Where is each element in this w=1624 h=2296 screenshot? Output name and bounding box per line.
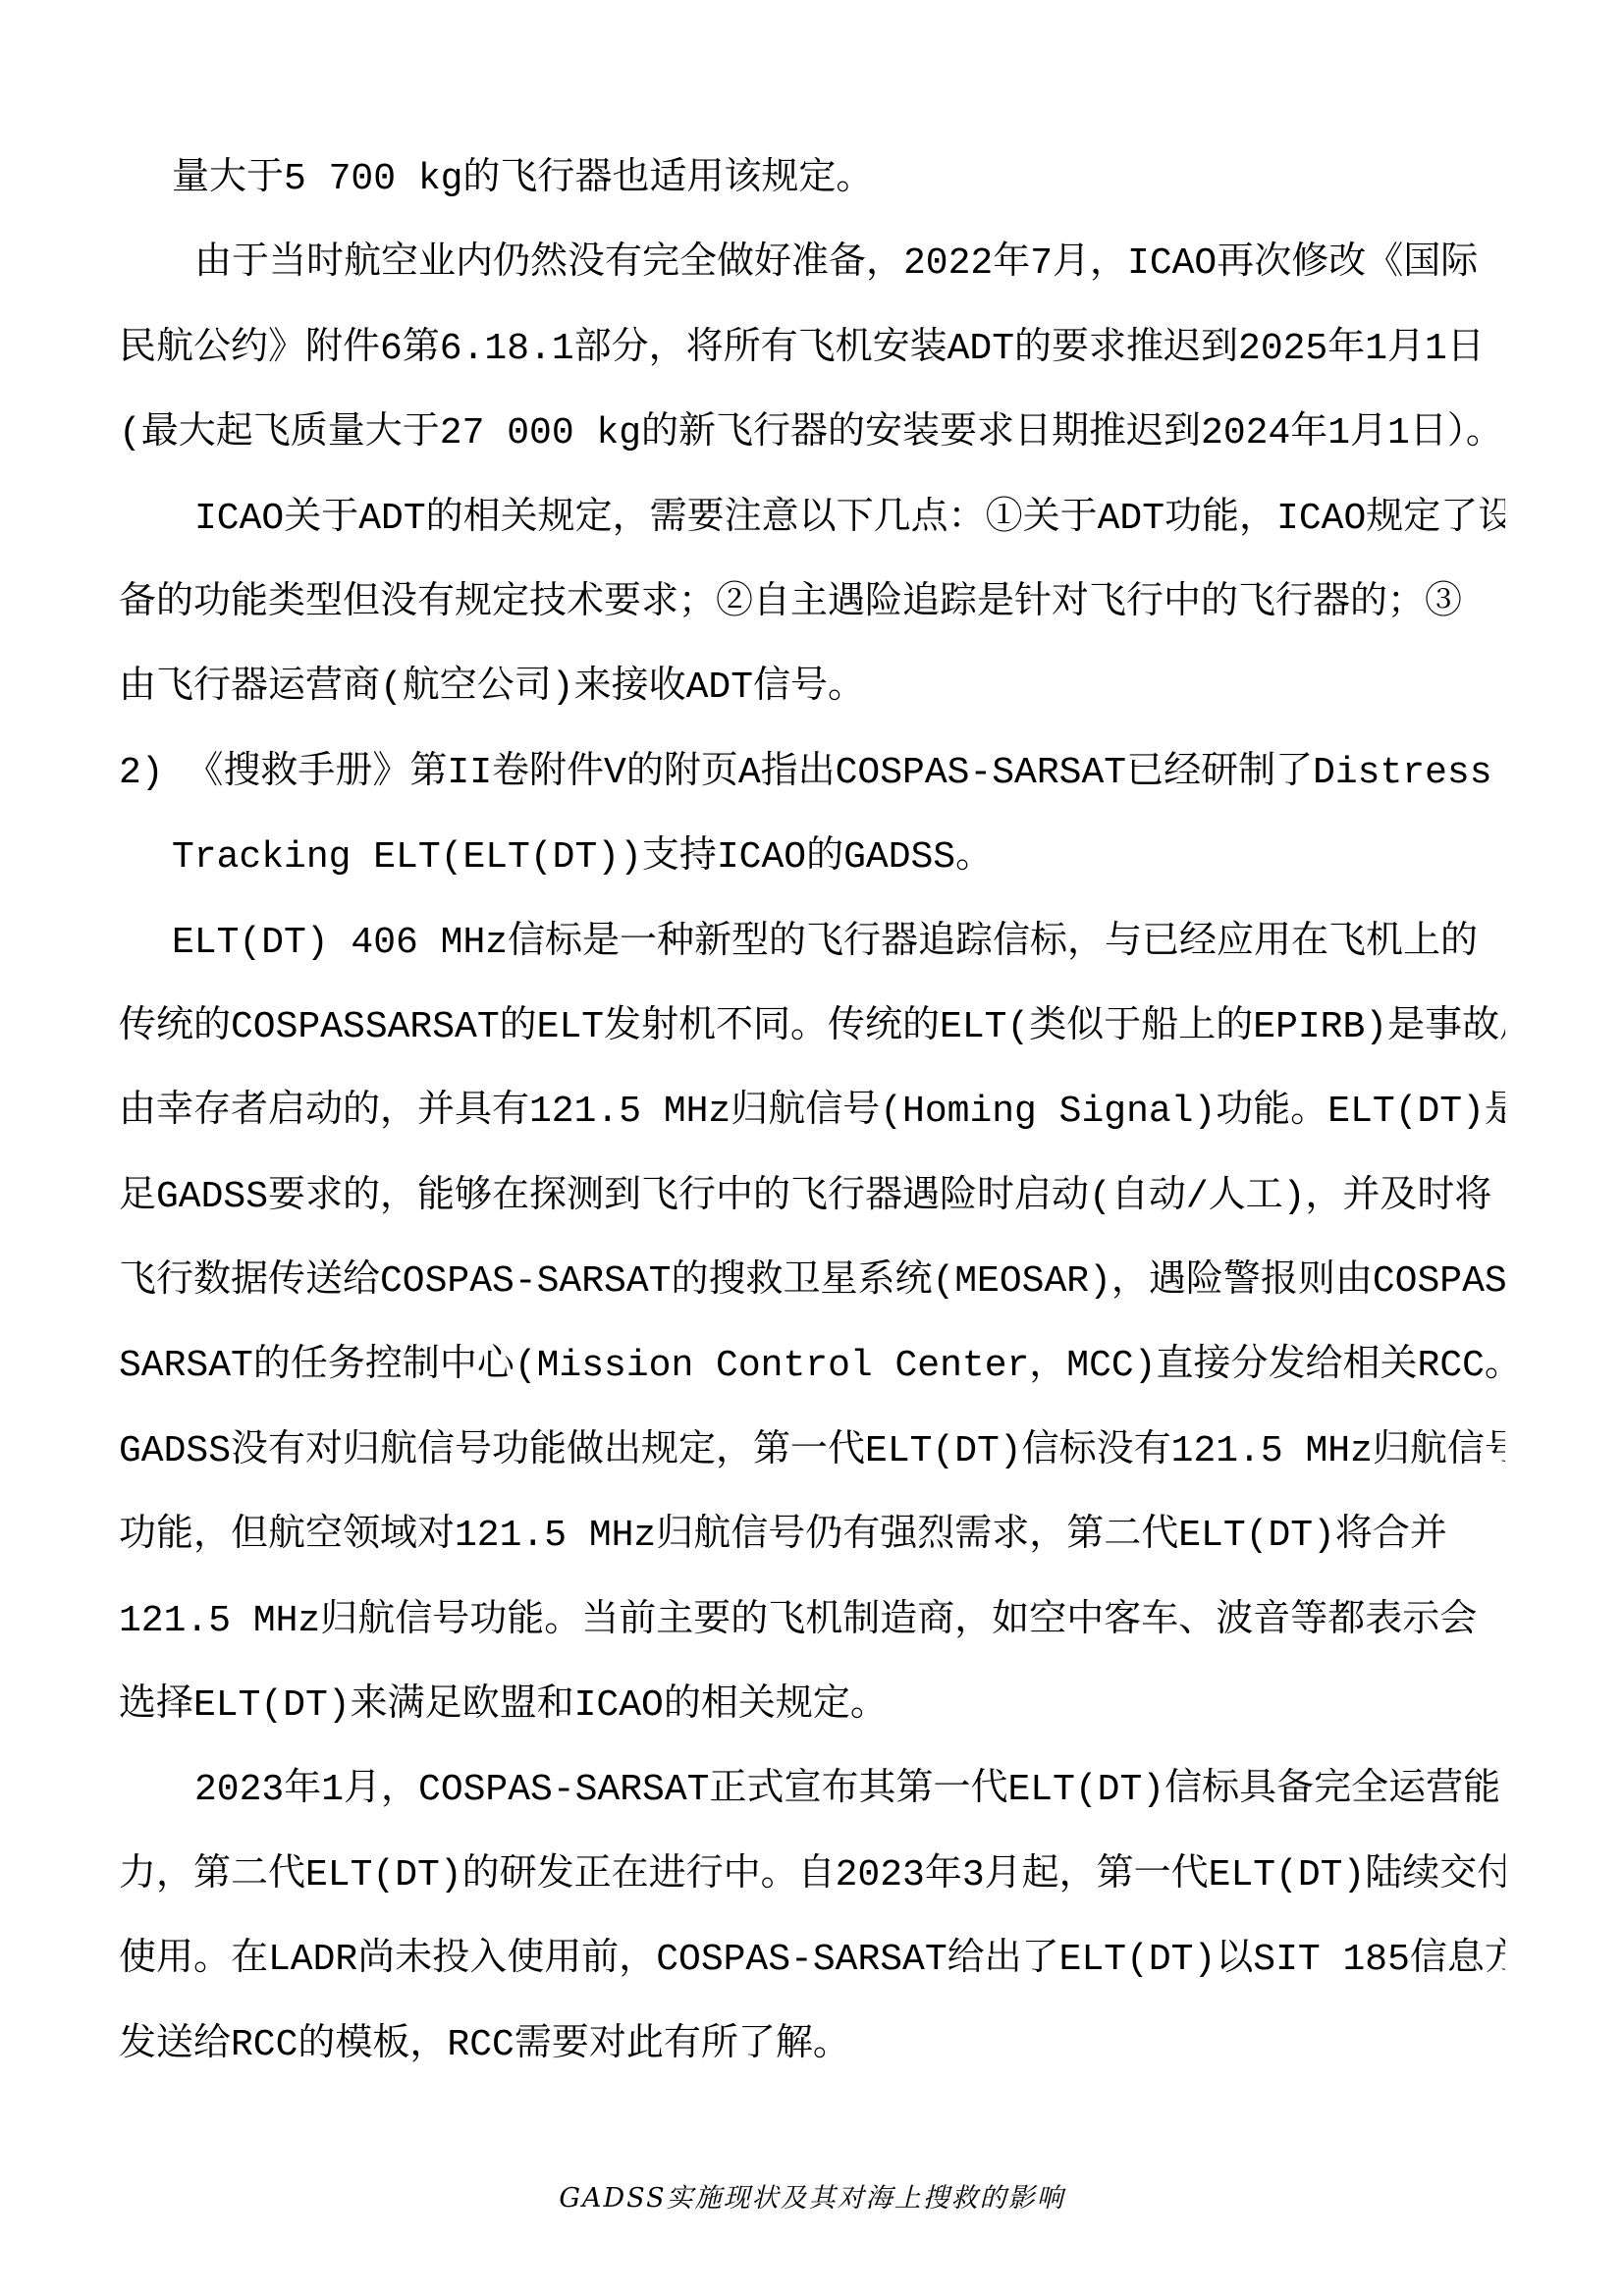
- text-line: 量大于5 700 kg的飞行器也适用该规定。: [172, 137, 1505, 222]
- text-line: GADSS没有对归航信号功能做出规定，第一代ELT(DT)信标没有121.5 M…: [119, 1410, 1505, 1494]
- text-line: ELT(DT) 406 MHz信标是一种新型的飞行器追踪信标，与已经应用在飞机上…: [172, 901, 1505, 986]
- text-line: 使用。在LADR尚未投入使用前，COSPAS-SARSAT给出了ELT(DT)以…: [119, 1918, 1505, 2002]
- text-line: 2023年1月，COSPAS-SARSAT正式宣布其第一代ELT(DT)信标具备…: [194, 1748, 1505, 1833]
- body-text: 量大于5 700 kg的飞行器也适用该规定。由于当时航空业内仍然没有完全做好准备…: [119, 137, 1505, 2088]
- text-line: ICAO关于ADT的相关规定，需要注意以下几点：①关于ADT功能，ICAO规定了…: [194, 477, 1505, 561]
- text-line: 发送给RCC的模板，RCC需要对此有所了解。: [119, 2003, 1505, 2088]
- text-line: Tracking ELT(ELT(DT))支持ICAO的GADSS。: [172, 816, 1505, 900]
- text-line: 由飞行器运营商(航空公司)来接收ADT信号。: [119, 646, 1505, 730]
- text-line: SARSAT的任务控制中心(Mission Control Center，MCC…: [119, 1324, 1505, 1409]
- text-line: 民航公约》附件6第6.18.1部分，将所有飞机安装ADT的要求推迟到2025年1…: [119, 307, 1505, 392]
- text-line: (最大起飞质量大于27 000 kg的新飞行器的安装要求日期推迟到2024年1月…: [119, 392, 1505, 476]
- text-line: 2) 《搜救手册》第II卷附件V的附页A指出COSPAS-SARSAT已经研制了…: [119, 731, 1505, 816]
- text-line: 备的功能类型但没有规定技术要求；②自主遇险追踪是针对飞行中的飞行器的；③: [119, 561, 1505, 646]
- page-footer: GADSS实施现状及其对海上搜救的影响: [0, 2171, 1624, 2226]
- footer-title: GADSS实施现状及其对海上搜救的影响: [559, 2183, 1064, 2214]
- text-line: 功能，但航空领域对121.5 MHz归航信号仍有强烈需求，第二代ELT(DT)将…: [119, 1494, 1505, 1578]
- text-line: 由幸存者启动的，并具有121.5 MHz归航信号(Homing Signal)功…: [119, 1070, 1505, 1154]
- text-line: 传统的COSPASSARSAT的ELT发射机不同。传统的ELT(类似于船上的EP…: [119, 986, 1505, 1070]
- text-line: 飞行数据传送给COSPAS-SARSAT的搜救卫星系统(MEOSAR)，遇险警报…: [119, 1240, 1505, 1324]
- text-line: 选择ELT(DT)来满足欧盟和ICAO的相关规定。: [119, 1664, 1505, 1748]
- document-page: 量大于5 700 kg的飞行器也适用该规定。由于当时航空业内仍然没有完全做好准备…: [0, 0, 1624, 2296]
- text-line: 足GADSS要求的，能够在探测到飞行中的飞行器遇险时启动(自动/人工)，并及时将: [119, 1155, 1505, 1240]
- text-line: 121.5 MHz归航信号功能。当前主要的飞机制造商，如空中客车、波音等都表示会: [119, 1579, 1505, 1664]
- text-line: 由于当时航空业内仍然没有完全做好准备，2022年7月，ICAO再次修改《国际: [194, 222, 1505, 306]
- text-line: 力，第二代ELT(DT)的研发正在进行中。自2023年3月起，第一代ELT(DT…: [119, 1834, 1505, 1918]
